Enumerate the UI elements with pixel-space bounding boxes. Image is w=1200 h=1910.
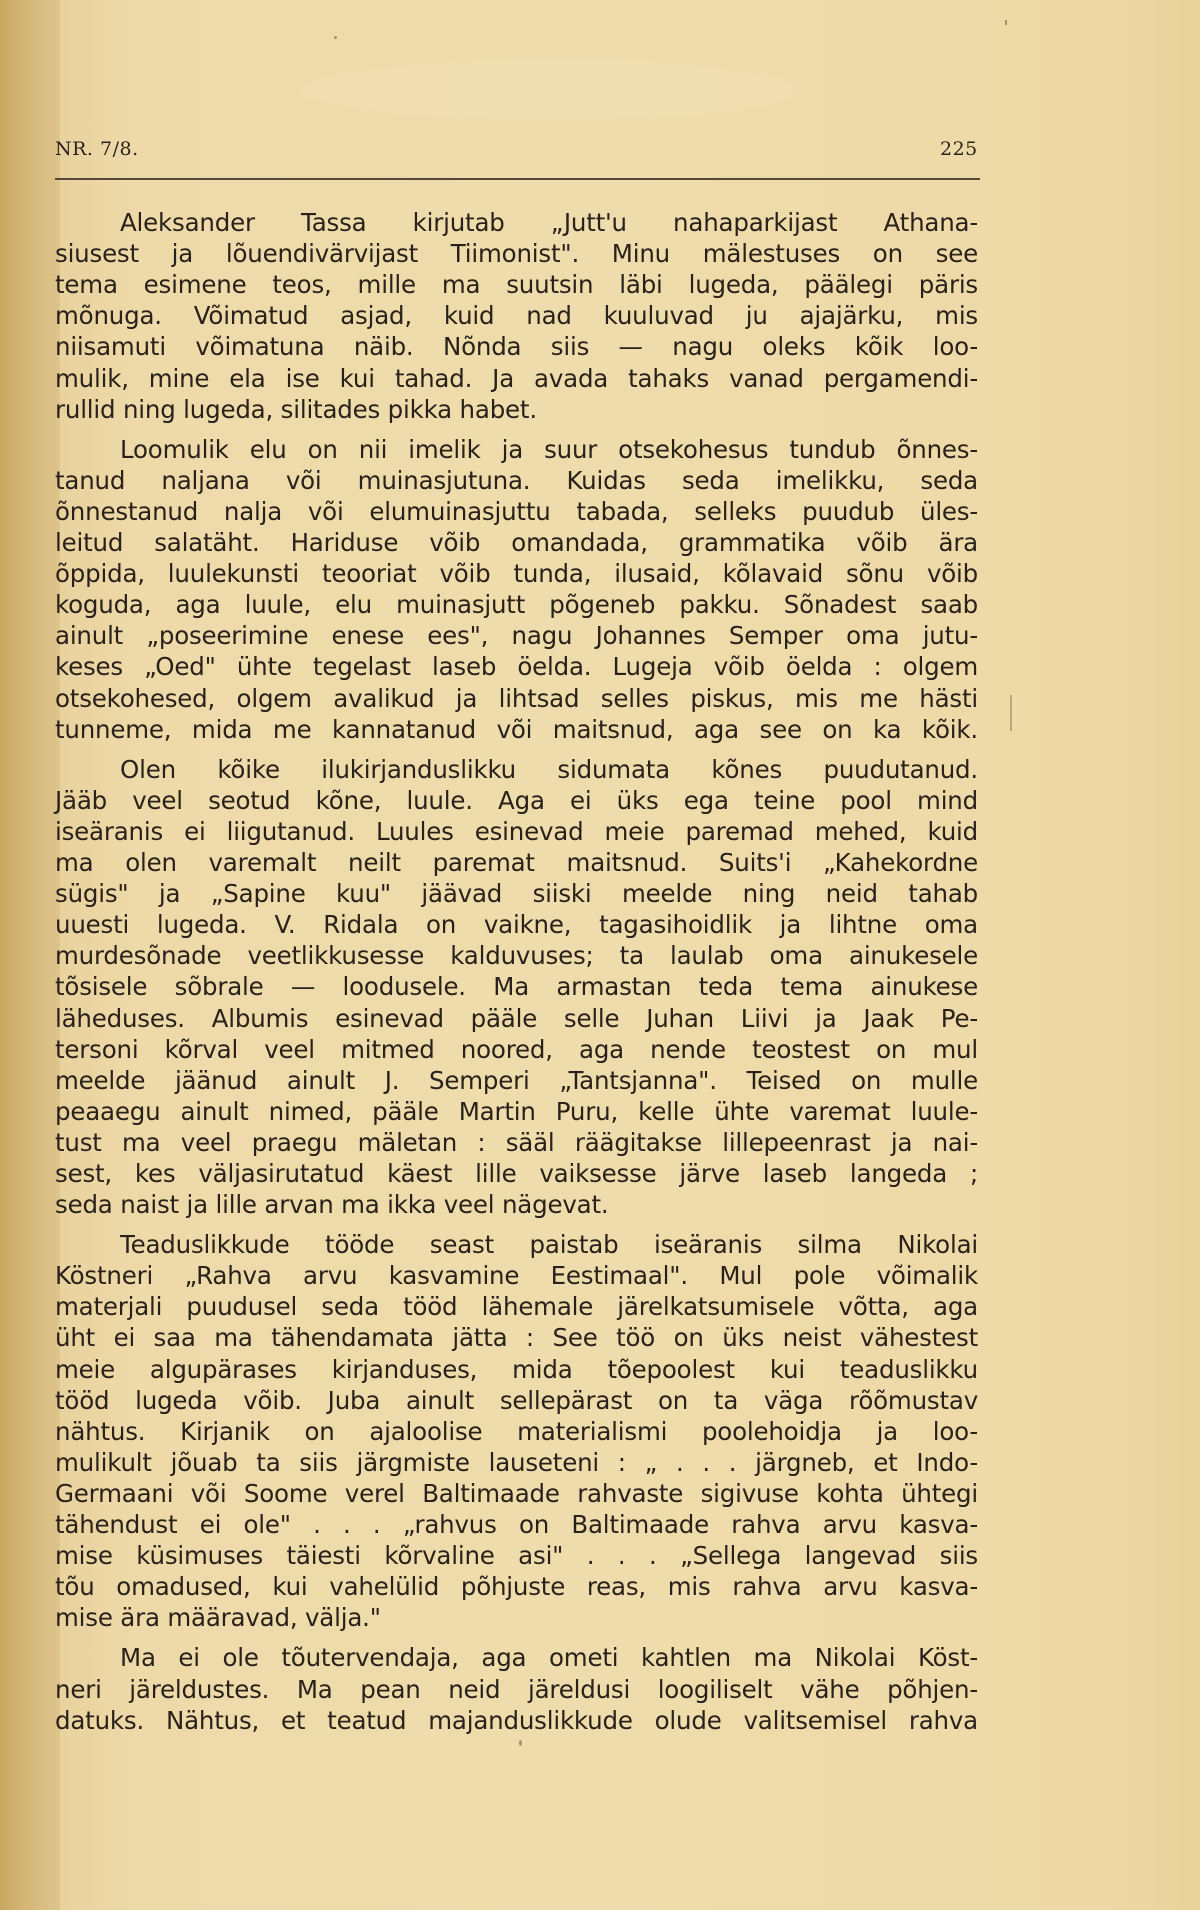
text-line: datuks. Nähtus, et teatud majanduslikkud…: [55, 1706, 978, 1736]
text-line: tunneme, mida me kannatanud või maitsnud…: [55, 715, 978, 745]
text-line: leitud salatäht. Hariduse võib omandada,…: [55, 528, 978, 558]
page-number: 225: [940, 138, 978, 160]
text-line: sügis" ja „Sapine kuu" jäävad siiski mee…: [55, 879, 978, 909]
text-line: meelde jäänud ainult J. Semperi „Tantsja…: [55, 1066, 978, 1096]
text-line: meie algupärases kirjanduses, mida tõepo…: [55, 1355, 978, 1385]
text-line: Teaduslikkude tööde seast paistab iseära…: [55, 1230, 978, 1260]
text-line: iseäranis ei liigutanud. Luules esinevad…: [55, 817, 978, 847]
text-line: tust ma veel praegu mäletan : sääl räägi…: [55, 1128, 978, 1158]
paper-stain: [0, 0, 60, 1910]
speck: [519, 1740, 522, 1746]
speck: [334, 36, 337, 39]
text-line: nähtus. Kirjanik on ajaloolise materiali…: [55, 1417, 978, 1447]
text-line: ainult „poseerimine enese ees", nagu Joh…: [55, 621, 978, 651]
text-line: tõsisele sõbrale — loodusele. Ma armasta…: [55, 972, 978, 1002]
text-line: Ma ei ole tõutervendaja, aga ometi kahtl…: [55, 1643, 978, 1673]
text-line: Aleksander Tassa kirjutab „Jutt'u nahapa…: [55, 208, 978, 238]
text-line: niisamuti võimatuna näib. Nõnda siis — n…: [55, 332, 978, 362]
header-rule: [55, 178, 980, 180]
text-line: mulikult jõuab ta siis järgmiste lausete…: [55, 1448, 978, 1478]
text-line: mõnuga. Võimatud asjad, kuid nad kuuluva…: [55, 301, 978, 331]
text-line: otsekohesed, olgem avalikud ja lihtsad s…: [55, 684, 978, 714]
text-line: neri järeldustes. Ma pean neid järeldusi…: [55, 1675, 978, 1705]
text-line: rullid ning lugeda, silitades pikka habe…: [55, 395, 978, 425]
text-line: mulik, mine ela ise kui tahad. Ja avada …: [55, 364, 978, 394]
text-line: keses „Oed" ühte tegelast laseb öelda. L…: [55, 652, 978, 682]
text-line: õnnestanud nalja või elumuinasjuttu taba…: [55, 497, 978, 527]
text-line: mise küsimuses täiesti kõrvaline asi" . …: [55, 1541, 978, 1571]
text-line: õppida, luulekunsti teooriat võib tunda,…: [55, 559, 978, 589]
text-line: Jääb veel seotud kõne, luule. Aga ei üks…: [55, 786, 978, 816]
text-line: uuesti lugeda. V. Ridala on vaikne, taga…: [55, 910, 978, 940]
text-line: siusest ja lõuendivärvijast Tiimonist". …: [55, 239, 978, 269]
scanned-page: NR. 7/8. 225 Aleksander Tassa kirjutab „…: [0, 0, 1200, 1910]
text-line: seda naist ja lille arvan ma ikka veel n…: [55, 1190, 978, 1220]
text-line: peaaegu ainult nimed, pääle Martin Puru,…: [55, 1097, 978, 1127]
margin-mark: [1010, 695, 1012, 731]
text-line: tõu omadused, kui vahelülid põhjuste rea…: [55, 1572, 978, 1602]
text-line: tema esimene teos, mille ma suutsin läbi…: [55, 270, 978, 300]
text-line: Köstneri „Rahva arvu kasvamine Eestimaal…: [55, 1261, 978, 1291]
text-line: koguda, aga luule, elu muinasjutt põgene…: [55, 590, 978, 620]
paper-stain: [300, 60, 800, 120]
text-line: tanud naljana või muinasjutuna. Kuidas s…: [55, 466, 978, 496]
text-line: tähendust ei ole" . . . „rahvus on Balti…: [55, 1510, 978, 1540]
text-line: sest, kes väljasirutatud käest lille vai…: [55, 1159, 978, 1189]
text-line: üht ei saa ma tähendamata jätta : See tö…: [55, 1323, 978, 1353]
text-line: murdesõnade veetlikkusesse kalduvuses; t…: [55, 941, 978, 971]
text-line: Olen kõike ilukirjanduslikku sidumata kõ…: [55, 755, 978, 785]
issue-number: NR. 7/8.: [55, 138, 139, 160]
text-line: läheduses. Albumis esinevad pääle selle …: [55, 1004, 978, 1034]
text-line: Loomulik elu on nii imelik ja suur otsek…: [55, 435, 978, 465]
speck: [1005, 20, 1007, 25]
text-line: ma olen varemalt neilt paremat maitsnud.…: [55, 848, 978, 878]
text-line: mise ära määravad, välja.": [55, 1603, 978, 1633]
text-line: Germaani või Soome verel Baltimaade rahv…: [55, 1479, 978, 1509]
text-line: tersoni kõrval veel mitmed noored, aga n…: [55, 1035, 978, 1065]
text-line: tööd lugeda võib. Juba ainult sellepäras…: [55, 1386, 978, 1416]
text-line: materjali puudusel seda tööd lähemale jä…: [55, 1292, 978, 1322]
